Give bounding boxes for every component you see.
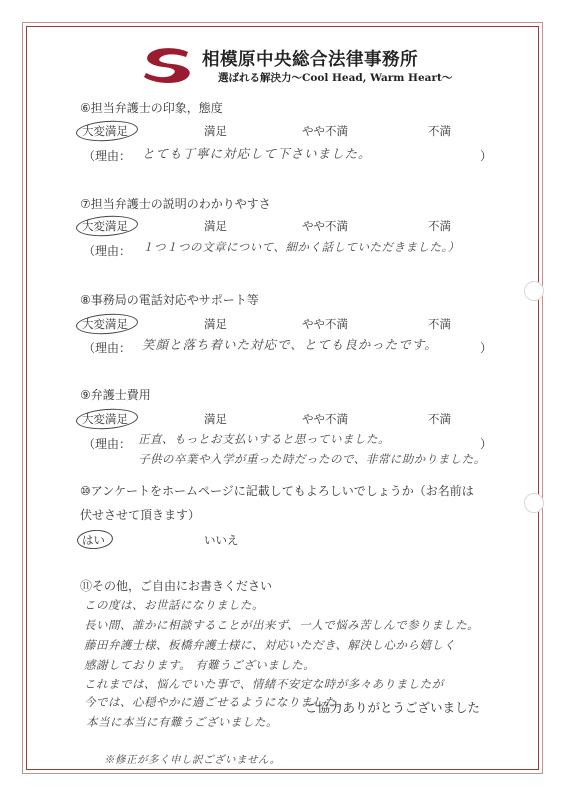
q6-reason-text: とても丁寧に対応して下さいました。 [142, 144, 372, 162]
q9-option-very-satisfied[interactable]: 大変満足 [82, 411, 128, 427]
q8-option-somewhat-dissatisfied[interactable]: やや不満 [302, 316, 348, 332]
q6-reason-label: （理由： [83, 147, 131, 164]
q6-option-somewhat-dissatisfied[interactable]: やや不満 [302, 123, 348, 139]
q9-option-somewhat-dissatisfied[interactable]: やや不満 [302, 411, 348, 427]
q7-option-dissatisfied[interactable]: 不満 [428, 218, 451, 234]
q7-option-satisfied[interactable]: 満足 [204, 218, 227, 234]
comment-line-4: 感謝しております。 有難うございました。 [84, 657, 315, 673]
q9-reason-label: （理由： [83, 435, 131, 452]
question-10-title-line2: 伏せさせて頂きます） [80, 506, 200, 523]
comment-footnote: ※修正が多く申し訳ございません。 [104, 752, 281, 767]
comment-line-1: この度は、お世話になりました。 [84, 597, 264, 613]
q9-close-paren: ） [480, 435, 492, 452]
stylized-s-logo-icon [142, 46, 194, 86]
q9-reason-text-line1: 正直、もっとお支払いすると思っていました。 [138, 431, 390, 447]
q6-close-paren: ） [480, 147, 492, 164]
q7-option-somewhat-dissatisfied[interactable]: やや不満 [302, 218, 348, 234]
q8-option-very-satisfied[interactable]: 大変満足 [82, 316, 128, 332]
question-8-title: ⑧事務局の電話対応やサポート等 [80, 291, 259, 308]
q9-option-dissatisfied[interactable]: 不満 [428, 411, 451, 427]
letterhead: 相模原中央総合法律事務所 選ばれる解決力～Cool Head, Warm Hea… [140, 42, 460, 92]
firm-name: 相模原中央総合法律事務所 [202, 46, 418, 71]
firm-tagline: 選ばれる解決力～Cool Head, Warm Heart～ [218, 70, 452, 85]
q8-option-dissatisfied[interactable]: 不満 [428, 316, 451, 332]
closing-thanks: ご協力ありがとうございました [305, 698, 480, 716]
q8-reason-text: 笑顔と落ち着いた対応で、とても良かったです。 [142, 335, 438, 353]
q7-reason-text: １つ１つの文章について、細かく話していただきました。） [142, 239, 460, 255]
comment-line-7: 本当に本当に有難うございました。 [86, 714, 278, 730]
comment-line-2: 長い間、誰かに相談することが出来ず、一人で悩み苦しんで参りました。 [84, 617, 479, 633]
q9-reason-text-line2: 子供の卒業や入学が重った時だったので、非常に助かりました。 [138, 451, 486, 467]
comment-line-3: 藤田弁護士様、板橋弁護士様に、対応いただき、解決し心から嬉しく [84, 637, 456, 653]
punch-hole-top [524, 281, 544, 301]
q6-option-satisfied[interactable]: 満足 [204, 123, 227, 139]
question-10-title-line1: ⑩アンケートをホームページに記載してもよろしいでしょうか（お名前は [80, 482, 474, 499]
q7-reason-label: （理由： [83, 242, 131, 259]
q10-option-no[interactable]: いいえ [204, 532, 239, 548]
question-7-title: ⑦担当弁護士の説明のわかりやすさ [80, 195, 271, 212]
q9-option-satisfied[interactable]: 満足 [204, 411, 227, 427]
q6-option-very-satisfied[interactable]: 大変満足 [82, 123, 128, 139]
q8-reason-label: （理由： [83, 339, 131, 356]
q7-option-very-satisfied[interactable]: 大変満足 [82, 218, 128, 234]
question-11-title: ⑪その他，ご自由にお書きください [80, 577, 272, 594]
punch-hole-bottom [524, 493, 544, 513]
question-6-title: ⑥担当弁護士の印象，態度 [80, 99, 223, 116]
question-9-title: ⑨弁護士費用 [80, 386, 151, 403]
q8-option-satisfied[interactable]: 満足 [204, 316, 227, 332]
q10-option-yes[interactable]: はい [82, 532, 105, 548]
q6-option-dissatisfied[interactable]: 不満 [428, 123, 451, 139]
comment-line-5: これまでは、悩んでいた事で、情緒不安定な時が多々ありましたが [84, 676, 444, 692]
q8-close-paren: ） [480, 339, 492, 356]
